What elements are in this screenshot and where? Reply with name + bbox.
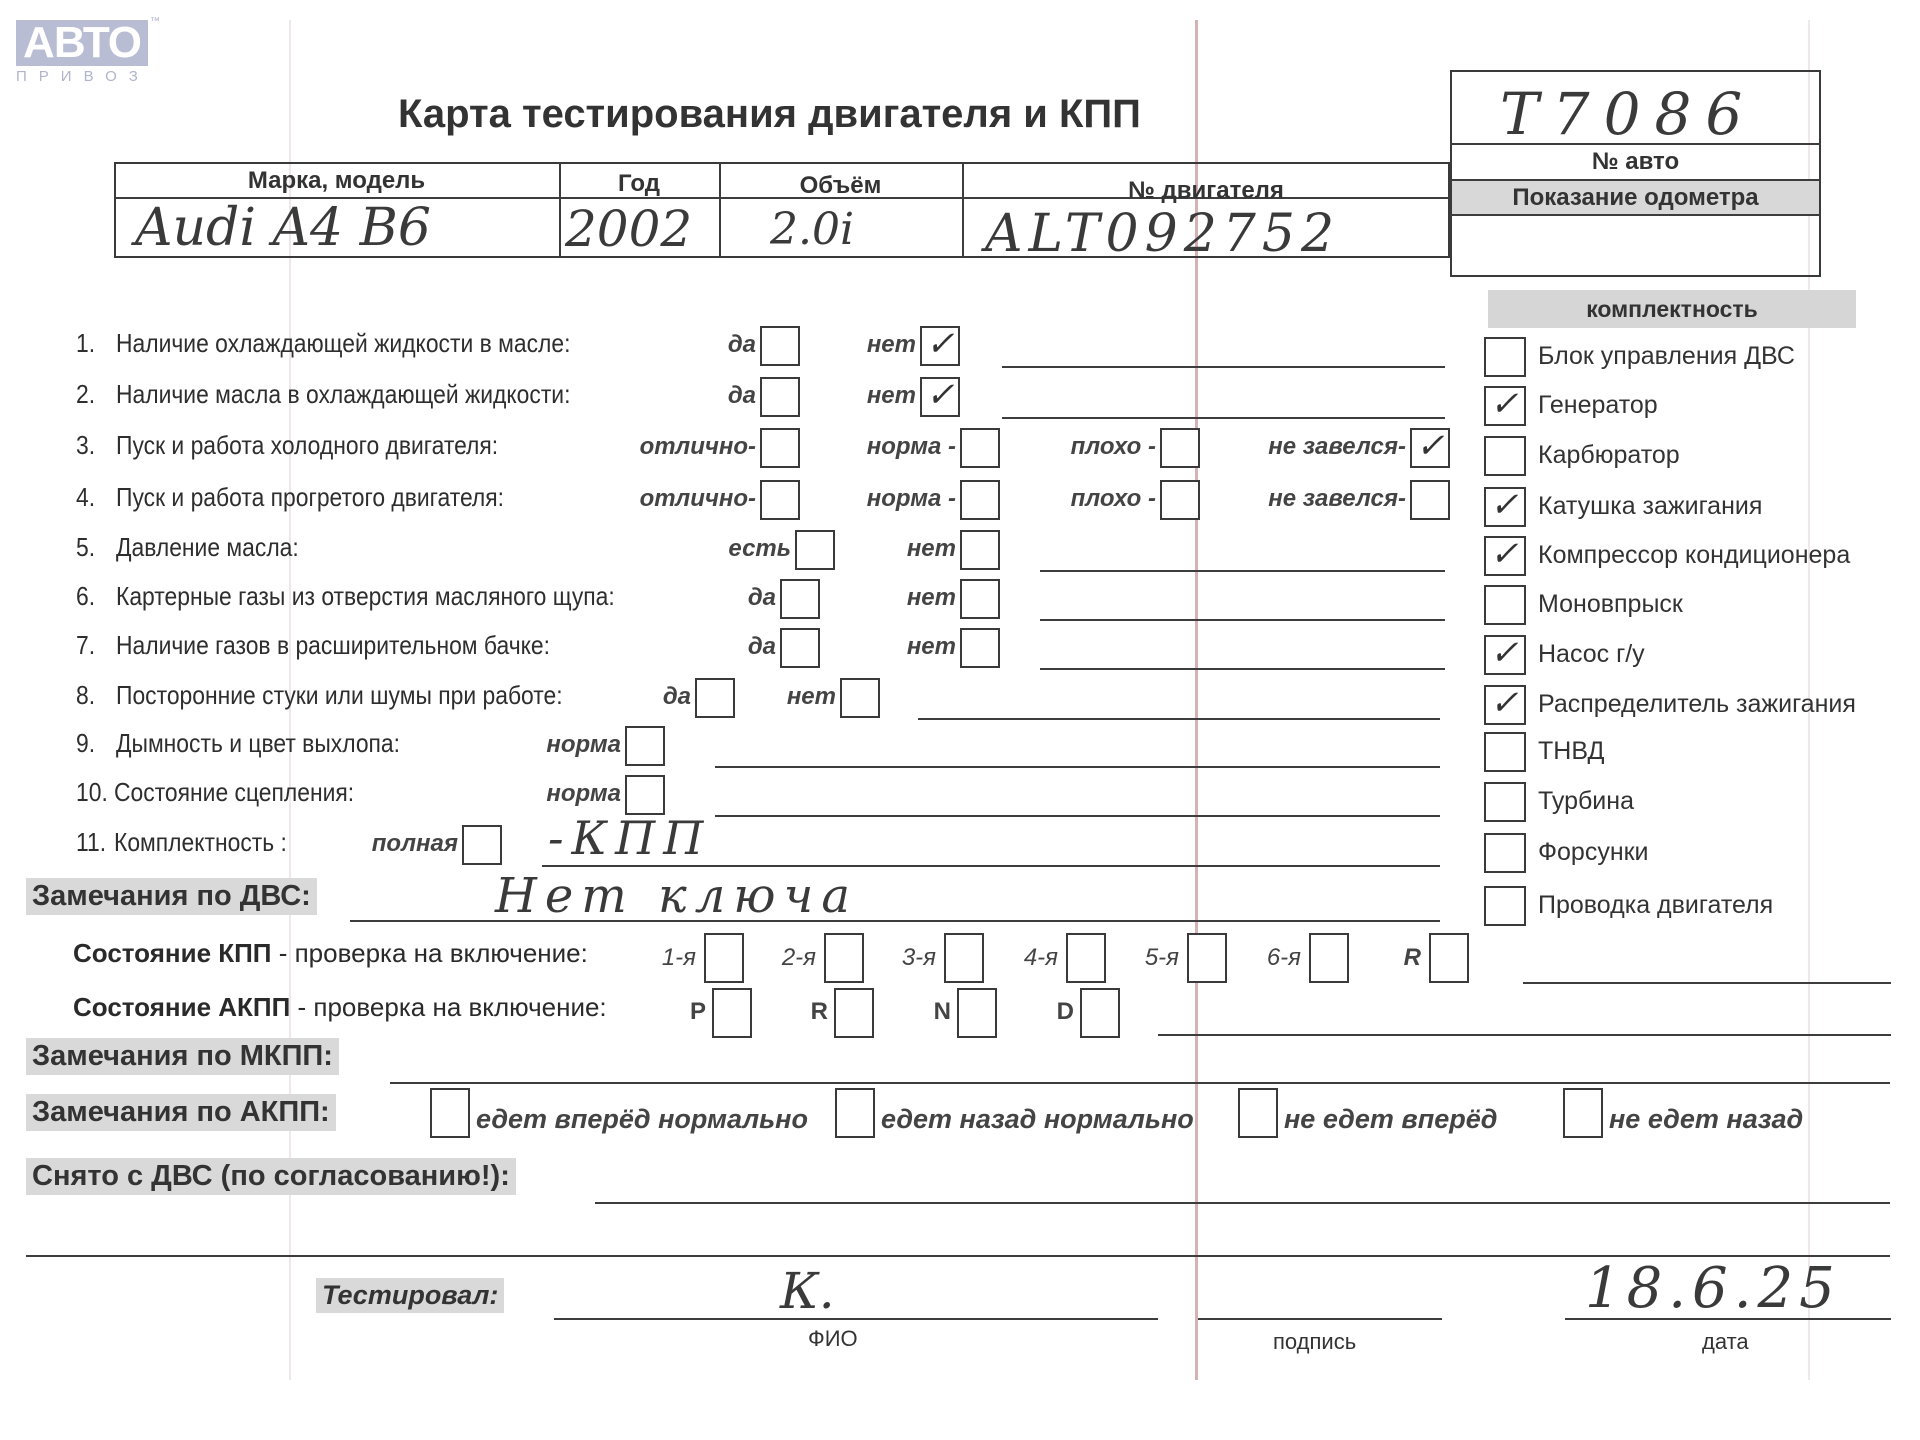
- signature-label: подпись: [1273, 1329, 1356, 1355]
- column-header-year: Год: [559, 170, 719, 198]
- akpp-gear-label: P: [650, 998, 706, 1026]
- akpp-remark-checkbox[interactable]: [430, 1088, 470, 1138]
- option-label: есть: [635, 535, 791, 563]
- column-header-make-model: Марка, модель: [114, 167, 559, 195]
- akpp-remark-checkbox[interactable]: [1238, 1088, 1278, 1138]
- question-notes-line: [715, 815, 1440, 817]
- question-number: 8.: [76, 680, 95, 711]
- volume-value[interactable]: 2.0i: [770, 204, 854, 255]
- removed-label: Снято с ДВС (по согласованию!):: [26, 1158, 516, 1195]
- removed-line: [595, 1202, 1890, 1204]
- kpp-gear-checkbox[interactable]: [704, 933, 744, 983]
- check-mark-icon: ✓: [1490, 485, 1519, 525]
- akpp-check-label-bold: Состояние АКПП: [73, 992, 290, 1022]
- question-notes-line: [918, 718, 1440, 720]
- completeness-checkbox[interactable]: ✓: [1484, 487, 1526, 527]
- kpp-gear-checkbox[interactable]: [944, 933, 984, 983]
- completeness-item-label: ТНВД: [1538, 737, 1604, 766]
- completeness-header: комплектность: [1488, 296, 1856, 323]
- option-label: нет: [800, 584, 956, 612]
- option-label: полная: [302, 830, 458, 858]
- kpp-gear-checkbox[interactable]: [1309, 933, 1349, 983]
- tested-by-label: Тестировал:: [316, 1278, 504, 1313]
- question-number: 3.: [76, 430, 95, 461]
- kpp-gear-label: 6-я: [1225, 944, 1301, 972]
- kpp-gear-checkbox[interactable]: [824, 933, 864, 983]
- option-label: да: [535, 683, 691, 711]
- option-checkbox[interactable]: [760, 428, 800, 468]
- question-note-value[interactable]: -КПП: [548, 811, 711, 865]
- option-checkbox[interactable]: ✓: [1410, 428, 1450, 468]
- completeness-item-label: Насос г/у: [1538, 640, 1645, 669]
- question-text: Наличие охлаждающей жидкости в масле:: [116, 328, 570, 359]
- option-checkbox[interactable]: [960, 579, 1000, 619]
- completeness-checkbox[interactable]: [1484, 782, 1526, 822]
- option-checkbox[interactable]: [1160, 428, 1200, 468]
- question-text: Наличие масла в охлаждающей жидкости:: [116, 379, 570, 410]
- option-label: да: [600, 331, 756, 359]
- mkpp-remarks-line: [390, 1082, 1890, 1084]
- option-label: не завелся-: [1250, 433, 1406, 461]
- question-number: 11.: [76, 827, 106, 858]
- question-notes-line: [1040, 619, 1445, 621]
- option-checkbox[interactable]: [840, 678, 880, 718]
- option-checkbox[interactable]: ✓: [920, 377, 960, 417]
- option-label: не завелся-: [1250, 485, 1406, 513]
- kpp-gear-label: 1-я: [620, 944, 696, 972]
- question-notes-line: [542, 865, 1440, 867]
- mkpp-remarks-value[interactable]: [390, 1045, 1890, 1081]
- completeness-item-label: Катушка зажигания: [1538, 492, 1762, 521]
- question-number: 1.: [76, 328, 95, 359]
- kpp-check-label: Состояние КПП - проверка на включение:: [73, 938, 588, 969]
- fio-value[interactable]: К.: [780, 1262, 835, 1320]
- akpp-remark-checkbox[interactable]: [835, 1088, 875, 1138]
- akpp-gear-checkbox[interactable]: [1080, 988, 1120, 1038]
- completeness-checkbox[interactable]: ✓: [1484, 536, 1526, 576]
- completeness-item-label: Компрессор кондиционера: [1538, 541, 1850, 570]
- logo-subtitle: ПРИВОЗ: [16, 68, 156, 85]
- question-number: 5.: [76, 532, 95, 563]
- page-title: Карта тестирования двигателя и КПП: [398, 92, 1141, 137]
- option-checkbox[interactable]: [960, 628, 1000, 668]
- completeness-item-label: Проводка двигателя: [1538, 891, 1773, 920]
- auto-number-value[interactable]: T7086: [1500, 80, 1756, 148]
- akpp-gear-label: N: [895, 998, 951, 1026]
- column-header-engine-number: № двигателя: [962, 177, 1450, 205]
- mkpp-remarks-label: Замечания по МКПП:: [26, 1038, 339, 1075]
- kpp-gear-checkbox[interactable]: [1187, 933, 1227, 983]
- divider: [1450, 179, 1821, 181]
- kpp-gear-label: 5-я: [1103, 944, 1179, 972]
- date-label: дата: [1702, 1329, 1749, 1355]
- auto-number-label: № авто: [1450, 148, 1821, 176]
- question-text: Давление масла:: [116, 532, 299, 563]
- option-checkbox[interactable]: [462, 825, 502, 865]
- check-mark-icon: ✓: [1490, 534, 1519, 574]
- question-text: Картерные газы из отверстия масляного щу…: [116, 581, 615, 612]
- odometer-value[interactable]: [1452, 216, 1819, 274]
- question-text: Пуск и работа прогретого двигателя:: [116, 482, 504, 513]
- column-header-volume: Объём: [719, 172, 962, 200]
- question-text: Наличие газов в расширительном бачке:: [116, 630, 550, 661]
- completeness-item-label: Форсунки: [1538, 838, 1649, 867]
- akpp-notes-line: [1158, 1034, 1891, 1036]
- check-mark-icon: ✓: [1490, 633, 1519, 673]
- engine-remarks-value[interactable]: Нет ключа: [495, 868, 858, 924]
- option-label: да: [600, 382, 756, 410]
- option-label: да: [620, 584, 776, 612]
- option-label: нет: [760, 331, 916, 359]
- question-notes-line: [715, 766, 1440, 768]
- akpp-remark-label: не едет назад: [1609, 1104, 1803, 1135]
- option-checkbox[interactable]: [1160, 480, 1200, 520]
- question-notes-line: [1040, 570, 1445, 572]
- akpp-check-label-rest: - проверка на включение:: [290, 992, 606, 1022]
- check-mark-icon: ✓: [1490, 384, 1519, 424]
- option-label: нет: [760, 382, 916, 410]
- question-number: 4.: [76, 482, 95, 513]
- akpp-gear-checkbox[interactable]: [834, 988, 874, 1038]
- kpp-gear-checkbox[interactable]: [1066, 933, 1106, 983]
- completeness-item-label: Блок управления ДВС: [1538, 342, 1795, 371]
- option-label: норма -: [800, 433, 956, 461]
- option-checkbox[interactable]: [625, 726, 665, 766]
- signature-line: [1198, 1318, 1442, 1320]
- option-checkbox[interactable]: [960, 480, 1000, 520]
- year-value[interactable]: 2002: [565, 200, 692, 258]
- completeness-item-label: Турбина: [1538, 787, 1634, 816]
- check-mark-icon: ✓: [926, 375, 955, 415]
- completeness-item-label: Моновпрыск: [1538, 590, 1683, 619]
- fio-label: ФИО: [808, 1326, 858, 1352]
- question-text: Комплектность :: [114, 827, 287, 858]
- akpp-gear-label: R: [772, 998, 828, 1026]
- option-label: плохо -: [1000, 433, 1156, 461]
- question-notes-line: [1002, 366, 1445, 368]
- question-notes-line: [1002, 417, 1445, 419]
- option-checkbox[interactable]: [960, 428, 1000, 468]
- completeness-checkbox[interactable]: [1484, 337, 1526, 377]
- completeness-item-label: Генератор: [1538, 391, 1658, 420]
- question-number: 10.: [76, 777, 108, 808]
- akpp-remark-label: едет вперёд нормально: [476, 1104, 808, 1135]
- completeness-checkbox[interactable]: [1484, 732, 1526, 772]
- check-mark-icon: ✓: [1490, 683, 1519, 723]
- completeness-item-label: Распределитель зажигания: [1538, 690, 1856, 719]
- question-notes-line: [1040, 668, 1445, 670]
- date-value[interactable]: 18.6.25: [1585, 1256, 1841, 1321]
- completeness-checkbox[interactable]: ✓: [1484, 685, 1526, 725]
- option-label: нет: [680, 683, 836, 711]
- option-checkbox[interactable]: [1410, 480, 1450, 520]
- completeness-checkbox[interactable]: [1484, 833, 1526, 873]
- completeness-checkbox[interactable]: ✓: [1484, 386, 1526, 426]
- fio-line: [554, 1318, 1158, 1320]
- engine-number-value[interactable]: ALT092752: [985, 204, 1340, 264]
- option-label: отлично-: [600, 485, 756, 513]
- question-text: Дымность и цвет выхлопа:: [116, 728, 400, 759]
- option-checkbox[interactable]: [760, 480, 800, 520]
- option-label: норма: [465, 731, 621, 759]
- akpp-gear-checkbox[interactable]: [712, 988, 752, 1038]
- option-checkbox[interactable]: [625, 775, 665, 815]
- kpp-gear-label: 4-я: [982, 944, 1058, 972]
- question-number: 7.: [76, 630, 95, 661]
- akpp-remark-label: едет назад нормально: [881, 1104, 1194, 1135]
- completeness-item-label: Карбюратор: [1538, 441, 1680, 470]
- akpp-gear-checkbox[interactable]: [957, 988, 997, 1038]
- option-checkbox[interactable]: ✓: [920, 326, 960, 366]
- question-number: 6.: [76, 581, 95, 612]
- akpp-remark-label: не едет вперёд: [1284, 1104, 1497, 1135]
- option-label: норма -: [800, 485, 956, 513]
- kpp-notes-line: [1523, 982, 1891, 984]
- question-number: 9.: [76, 728, 95, 759]
- kpp-check-label-rest: - проверка на включение:: [272, 938, 588, 968]
- akpp-remarks-label: Замечания по АКПП:: [26, 1094, 336, 1131]
- completeness-checkbox[interactable]: [1484, 436, 1526, 476]
- akpp-remark-checkbox[interactable]: [1563, 1088, 1603, 1138]
- kpp-gear-label: 2-я: [740, 944, 816, 972]
- odometer-label: Показание одометра: [1450, 184, 1821, 212]
- option-label: нет: [800, 633, 956, 661]
- kpp-check-label-bold: Состояние КПП: [73, 938, 272, 968]
- kpp-gear-label: 3-я: [860, 944, 936, 972]
- logo: АВТО: [16, 20, 148, 66]
- question-number: 2.: [76, 379, 95, 410]
- kpp-gear-label: R: [1345, 944, 1421, 972]
- akpp-check-label: Состояние АКПП - проверка на включение:: [73, 992, 607, 1023]
- logo-trademark: ™: [150, 16, 160, 27]
- completeness-checkbox[interactable]: ✓: [1484, 635, 1526, 675]
- option-label: отлично-: [600, 433, 756, 461]
- make-model-value[interactable]: Audi A4 B6: [135, 198, 431, 258]
- option-checkbox[interactable]: [960, 530, 1000, 570]
- option-label: да: [620, 633, 776, 661]
- option-label: норма: [465, 780, 621, 808]
- kpp-gear-checkbox[interactable]: [1429, 933, 1469, 983]
- question-text: Пуск и работа холодного двигателя:: [116, 430, 498, 461]
- option-label: нет: [800, 535, 956, 563]
- completeness-checkbox[interactable]: [1484, 585, 1526, 625]
- question-text: Посторонние стуки или шумы при работе:: [116, 680, 563, 711]
- check-mark-icon: ✓: [1416, 426, 1445, 466]
- question-text: Состояние сцепления:: [114, 777, 354, 808]
- akpp-gear-label: D: [1018, 998, 1074, 1026]
- check-mark-icon: ✓: [926, 324, 955, 364]
- option-label: плохо -: [1000, 485, 1156, 513]
- engine-remarks-label: Замечания по ДВС:: [26, 878, 317, 915]
- completeness-checkbox[interactable]: [1484, 886, 1526, 926]
- removed-value[interactable]: [595, 1165, 1890, 1201]
